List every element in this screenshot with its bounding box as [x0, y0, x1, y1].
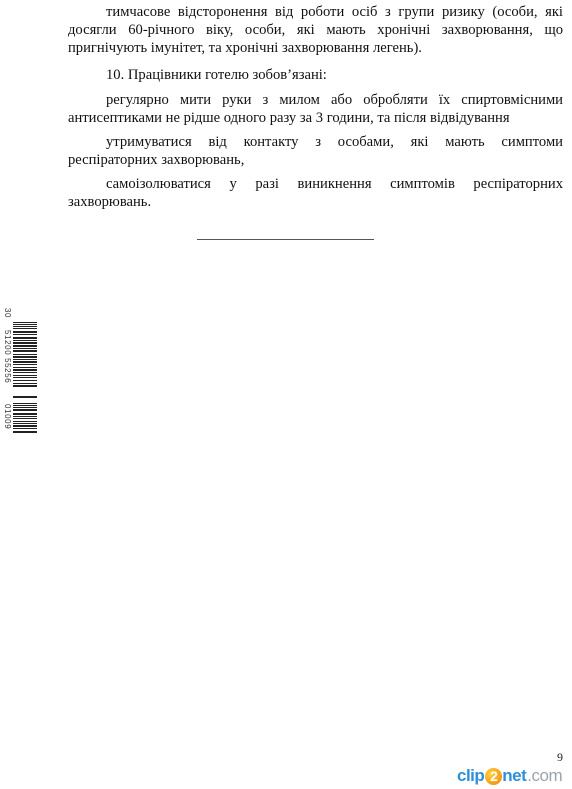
barcode-bar [13, 334, 37, 335]
barcode-bar [13, 385, 37, 387]
barcode: 30 51200 55256 01009 [2, 308, 38, 436]
barcode-bar [13, 405, 37, 406]
barcode-bar [13, 407, 37, 408]
barcode-bar [13, 367, 37, 368]
watermark-clip-text: clip [457, 766, 484, 786]
barcode-bar [13, 409, 37, 411]
barcode-bar [13, 331, 37, 333]
barcode-bar [13, 340, 37, 341]
barcode-bar [13, 425, 37, 427]
page-number: 9 [557, 750, 563, 764]
barcode-bar [13, 423, 37, 424]
watermark-com-text: .com [527, 766, 562, 786]
barcode-bar [13, 421, 37, 422]
barcode-bar [13, 372, 37, 373]
watermark-two-badge-icon: 2 [485, 768, 502, 785]
barcode-bar [13, 416, 37, 417]
barcode-bar [13, 337, 37, 339]
barcode-bar [13, 359, 37, 360]
barcode-bar [13, 324, 37, 325]
clip2net-watermark-logo: clip 2 net .com [457, 766, 562, 786]
barcode-bar [13, 322, 37, 323]
barcode-digit-group: 51200 55256 [3, 330, 11, 383]
barcode-bar [13, 380, 37, 381]
paragraph-hand-washing: регулярно мити руки з милом або оброблят… [68, 91, 563, 127]
barcode-bar [13, 328, 37, 329]
barcode-bar [13, 354, 37, 355]
barcode-bar [13, 356, 37, 358]
barcode-bar [13, 326, 37, 327]
barcode-bar [13, 375, 37, 376]
paragraph-avoid-contact: утримуватися від контакту з особами, які… [68, 133, 563, 169]
barcode-digit-group: 30 [3, 308, 11, 318]
barcode-bar [13, 377, 37, 378]
barcode-bar [13, 413, 37, 415]
barcode-digit-group: 01009 [3, 404, 11, 429]
paragraph-isolation-risk-group: тимчасове відсторонення від роботи осіб … [68, 3, 563, 57]
barcode-digits: 30 51200 55256 01009 [2, 308, 12, 436]
barcode-bar [13, 383, 37, 384]
document-page: тимчасове відсторонення від роботи осіб … [0, 0, 572, 789]
barcode-bar [13, 348, 37, 349]
barcode-bar [13, 428, 37, 429]
barcode-bar [13, 364, 37, 365]
barcode-bar [13, 345, 37, 347]
barcode-bar [13, 361, 37, 363]
barcode-bar [13, 350, 37, 352]
barcode-bar [13, 431, 37, 433]
signature-line [197, 239, 374, 240]
watermark-net-text: net [502, 766, 526, 786]
barcode-bar [13, 403, 37, 404]
barcode-bar [13, 342, 37, 344]
barcode-bar [13, 369, 37, 371]
barcode-bar [13, 396, 37, 398]
paragraph-section-10-heading: 10. Працівники готелю зобов’язані: [68, 66, 563, 84]
barcode-bar [13, 418, 37, 419]
paragraph-self-isolate: самоізолюватися у разі виникнення симпто… [68, 175, 563, 211]
